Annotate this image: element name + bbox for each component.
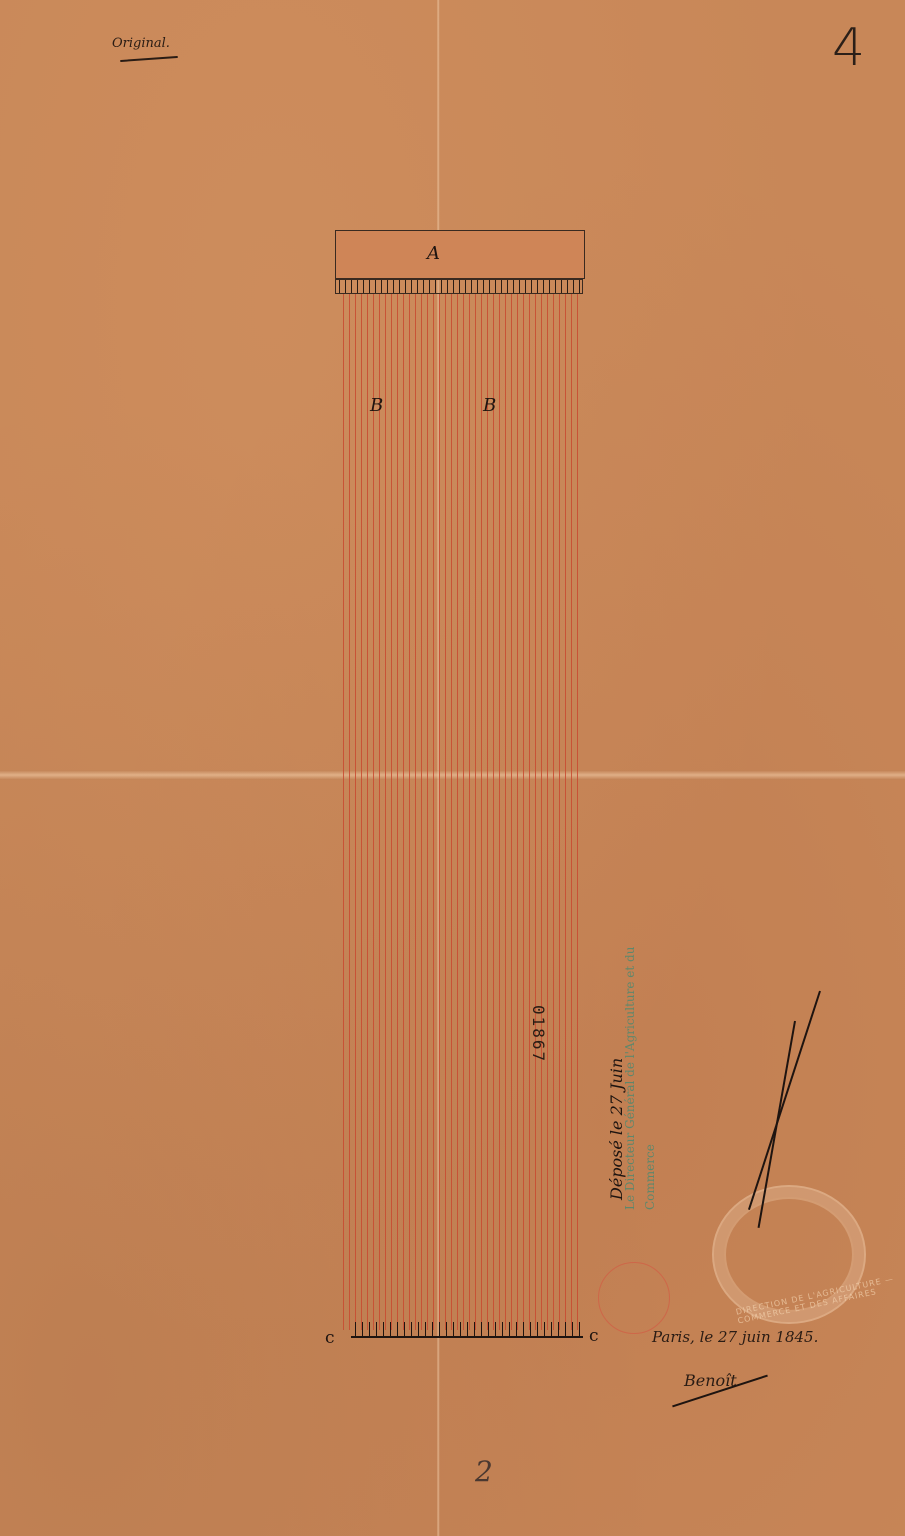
label-c-right: c (589, 1326, 599, 1346)
original-underline (120, 56, 178, 62)
registration-number: 01867 (529, 1005, 548, 1063)
place-date: Paris, le 27 juin 1845. (652, 1328, 818, 1346)
handwritten-deposit-note: Déposé le 27 Juin (600, 980, 634, 1200)
label-a: A (427, 243, 440, 264)
bottom-number: 2 (475, 1455, 493, 1488)
thread-array (339, 294, 583, 1330)
ministry-stamp: Le Directeur Général de l'Agriculture et… (620, 910, 770, 1210)
top-comb-bar (335, 279, 583, 294)
bottom-comb-bar (351, 1322, 583, 1338)
page-number: 4 (832, 18, 865, 78)
original-mark: Original. (112, 36, 170, 51)
figure-box-a (335, 230, 585, 279)
label-b-right: B (483, 395, 496, 416)
red-stamp-circle (598, 1262, 670, 1334)
label-c-left: c (325, 1328, 335, 1348)
label-b-left: B (370, 395, 383, 416)
